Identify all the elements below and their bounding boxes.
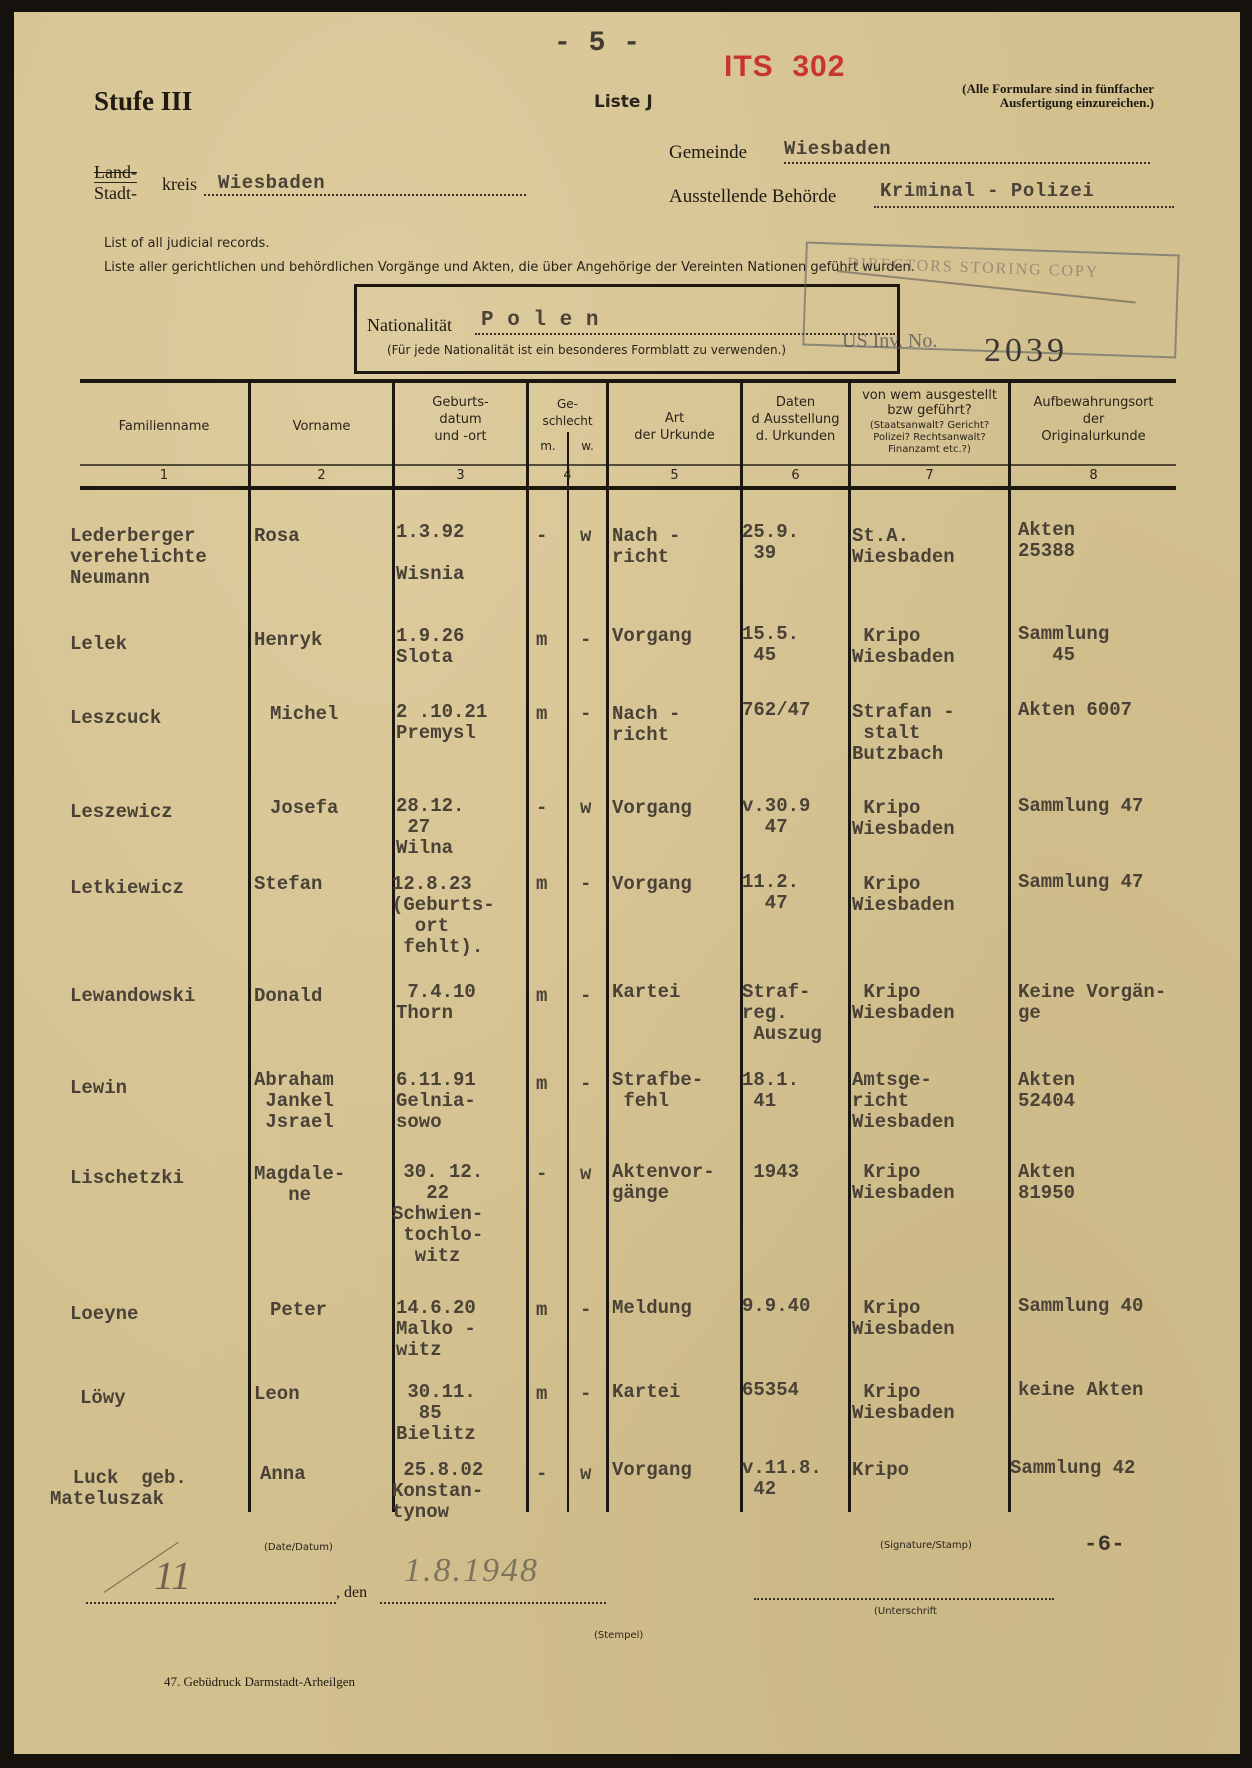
cell-vorname: Josefa	[270, 798, 338, 819]
cell-art: Nach - richt	[612, 704, 680, 746]
cell-vorname: Peter	[270, 1300, 327, 1321]
cell-ort: Akten 52404	[1018, 1070, 1075, 1112]
submission-note: (Alle Formulare sind in fünffacher Ausfe…	[894, 82, 1154, 110]
note-line-2: Ausfertigung einzureichen.)	[894, 96, 1154, 110]
header-vorname: Vorname	[251, 418, 392, 435]
cell-m: m	[536, 874, 547, 895]
cell-art: Vorgang	[612, 626, 692, 647]
colnum-5: 5	[609, 468, 740, 483]
behoerde-field: Kriminal - Polizei	[874, 180, 1174, 208]
cell-w: -	[580, 1074, 591, 1095]
cell-geburt: 6.11.91 Gelnia- sowo	[396, 1070, 476, 1133]
cell-ort: Sammlung 45	[1018, 624, 1109, 666]
cell-daten: v.30.9 47	[742, 796, 810, 838]
colnum-3: 3	[395, 468, 526, 483]
nationality-note: (Für jede Nationalität ist ein besondere…	[387, 343, 786, 357]
inv-number: 2039	[984, 332, 1068, 370]
header-von-wem: von wem ausgestellt bzw geführt?	[851, 388, 1008, 418]
cell-m: m	[536, 704, 547, 725]
header-geburt: Geburts- datum und -ort	[395, 394, 526, 445]
cell-m: -	[536, 526, 547, 547]
signature-field-line	[754, 1596, 1054, 1600]
cell-daten: 18.1. 41	[742, 1070, 799, 1112]
cell-daten: 25.9. 39	[742, 522, 799, 564]
cell-vorname: Abraham Jankel Jsrael	[254, 1070, 334, 1133]
cell-vorname: Leon	[254, 1384, 300, 1405]
cell-ort: Akten 25388	[1018, 520, 1075, 562]
cell-vorname: Anna	[260, 1464, 306, 1485]
cell-geburt: 7.4.10 Thorn	[396, 982, 476, 1024]
header-m: m.	[529, 438, 567, 455]
cell-familienname: Lewandowski	[70, 986, 195, 1007]
header-mid-rule	[80, 464, 1176, 466]
cell-vorname: Donald	[254, 986, 322, 1007]
cell-familienname: Luck geb. Mateluszak	[50, 1468, 187, 1510]
gemeinde-label: Gemeinde	[669, 142, 747, 164]
cell-von-wem: Kripo	[852, 1460, 909, 1481]
english-title: List of all judicial records.	[104, 236, 269, 251]
cell-w: -	[580, 704, 591, 725]
printer-imprint: 47. Gebüdruck Darmstadt-Arheilgen	[164, 1674, 355, 1690]
cell-von-wem: Kripo Wiesbaden	[852, 798, 955, 840]
behoerde-value: Kriminal - Polizei	[874, 180, 1094, 202]
cell-art: Kartei	[612, 982, 680, 1003]
colnum-7: 7	[851, 468, 1008, 483]
cell-w: w	[580, 798, 591, 819]
cell-geburt: 25.8.02 Konstan- tynow	[392, 1460, 483, 1523]
cell-daten: 11.2. 47	[742, 872, 799, 914]
next-page-marker: -6-	[1084, 1532, 1125, 1557]
header-aufbewahrung: Aufbewahrungsort der Originalurkunde	[1011, 394, 1176, 445]
gemeinde-value: Wiesbaden	[784, 138, 891, 160]
inv-label: US Inv. No.	[842, 330, 937, 353]
cell-geburt: 30.11. 85 Bielitz	[396, 1382, 476, 1445]
nationality-label: Nationalität	[367, 315, 452, 336]
land-label: Land-	[94, 162, 137, 183]
header-geschlecht: Ge- schlecht	[529, 396, 606, 430]
cell-w: w	[580, 1164, 591, 1185]
cell-daten: v.11.8. 42	[742, 1458, 822, 1500]
cell-geburt: 1.3.92 Wisnia	[396, 522, 464, 585]
header-bottom-rule	[80, 486, 1176, 490]
stadt-label: Stadt-	[94, 183, 137, 203]
cell-vorname: Michel	[270, 704, 338, 725]
colnum-6: 6	[743, 468, 848, 483]
cell-daten: 762/47	[742, 700, 810, 721]
cell-art: Strafbe- fehl	[612, 1070, 703, 1112]
cell-ort: Keine Vorgän- ge	[1018, 982, 1166, 1024]
cell-geburt: 28.12. 27 Wilna	[396, 796, 464, 859]
cell-von-wem: Kripo Wiesbaden	[852, 626, 955, 668]
cell-ort: keine Akten	[1018, 1380, 1143, 1401]
cell-m: m	[536, 1074, 547, 1095]
cell-ort: Sammlung 47	[1018, 872, 1143, 893]
colnum-1: 1	[80, 468, 248, 483]
cell-vorname: Magdale- ne	[254, 1164, 345, 1206]
cell-daten: 15.5. 45	[742, 624, 799, 666]
colnum-2: 2	[251, 468, 392, 483]
col-divider-1	[248, 382, 251, 1512]
cell-familienname: Löwy	[80, 1388, 126, 1409]
colnum-8: 8	[1011, 468, 1176, 483]
cell-art: Nach - richt	[612, 526, 680, 568]
cell-vorname: Rosa	[254, 526, 300, 547]
stufe-label: Stufe III	[94, 86, 192, 117]
nationality-value: P o l e n	[475, 309, 599, 332]
cell-geburt: 1.9.26 Slota	[396, 626, 464, 668]
page-number-top: - 5 -	[554, 28, 641, 59]
col-divider-7	[1008, 382, 1011, 1512]
cell-geburt: 30. 12. 22 Schwien- tochlo- witz	[392, 1162, 483, 1267]
behoerde-label: Ausstellende Behörde	[669, 186, 836, 208]
cell-familienname: Loeyne	[70, 1304, 138, 1325]
cell-familienname: Lischetzki	[70, 1168, 184, 1189]
header-w: w.	[569, 438, 606, 455]
header-familienname: Familienname	[80, 418, 248, 435]
cell-w: -	[580, 1384, 591, 1405]
cell-m: m	[536, 1300, 547, 1321]
handwritten-date: 1.8.1948	[404, 1552, 539, 1590]
cell-vorname: Stefan	[254, 874, 322, 895]
document-page: - 5 - ITS 302 Stufe III Liste J (Alle Fo…	[14, 12, 1240, 1754]
cell-von-wem: Kripo Wiesbaden	[852, 1382, 955, 1424]
stempel-caption: (Stempel)	[594, 1630, 643, 1641]
place-field-line	[86, 1600, 336, 1604]
cell-vorname: Henryk	[254, 630, 322, 651]
german-title: Liste aller gerichtlichen und behördlich…	[104, 260, 915, 275]
cell-art: Vorgang	[612, 798, 692, 819]
cell-ort: Akten 6007	[1018, 700, 1132, 721]
header-von-wem-note: (Staatsanwalt? Gericht? Polizei? Rechtsa…	[851, 420, 1008, 456]
unterschrift-caption: (Unterschrift	[874, 1606, 937, 1617]
cell-familienname: Lederberger verehelichte Neumann	[70, 526, 207, 589]
cell-daten: 65354	[742, 1380, 799, 1401]
cell-von-wem: Strafan - stalt Butzbach	[852, 702, 955, 765]
date-field-line	[380, 1600, 606, 1604]
cell-m: -	[536, 798, 547, 819]
cell-w: w	[580, 1464, 591, 1485]
col-divider-3	[526, 382, 529, 1512]
cell-familienname: Lewin	[70, 1078, 127, 1099]
header-daten: Daten d Ausstellung d. Urkunden	[743, 394, 848, 445]
handwritten-place: 11	[154, 1552, 191, 1599]
cell-w: -	[580, 874, 591, 895]
date-caption: (Date/Datum)	[264, 1542, 333, 1553]
cell-geburt: 14.6.20 Malko - witz	[396, 1298, 476, 1361]
header-art: Art der Urkunde	[609, 410, 740, 444]
cell-m: -	[536, 1464, 547, 1485]
cell-familienname: Leszcuck	[70, 708, 161, 729]
cell-daten: 9.9.40	[742, 1296, 810, 1317]
den-label: , den	[336, 1584, 367, 1602]
cell-familienname: Leszewicz	[70, 802, 173, 823]
cell-w: -	[580, 986, 591, 1007]
cell-art: Meldung	[612, 1298, 692, 1319]
table-top-rule	[80, 379, 1176, 383]
cell-von-wem: Kripo Wiesbaden	[852, 982, 955, 1024]
kreis-value: Wiesbaden	[204, 172, 325, 194]
cell-ort: Sammlung 47	[1018, 796, 1143, 817]
cell-geburt: 2 .10.21 Premysl	[396, 702, 487, 744]
col-divider-6	[848, 382, 851, 1512]
cell-m: m	[536, 630, 547, 651]
gemeinde-field: Wiesbaden	[784, 138, 1150, 164]
col-divider-4	[606, 382, 609, 1512]
cell-art: Vorgang	[612, 874, 692, 895]
cell-w: -	[580, 630, 591, 651]
cell-von-wem: Amtsge- richt Wiesbaden	[852, 1070, 955, 1133]
kreis-field: Wiesbaden	[204, 172, 526, 196]
cell-art: Kartei	[612, 1382, 680, 1403]
cell-ort: Sammlung 40	[1018, 1296, 1143, 1317]
cell-ort: Sammlung 42	[1010, 1458, 1135, 1479]
cell-von-wem: Kripo Wiesbaden	[852, 1162, 955, 1204]
cell-art: Aktenvor- gänge	[612, 1162, 715, 1204]
kreis-type-label: Land- Stadt-	[94, 162, 137, 203]
cell-ort: Akten 81950	[1018, 1162, 1075, 1204]
cell-familienname: Letkiewicz	[70, 878, 184, 899]
signature-caption: (Signature/Stamp)	[880, 1540, 972, 1551]
cell-von-wem: Kripo Wiesbaden	[852, 1298, 955, 1340]
cell-geburt: 12.8.23 (Geburts- ort fehlt).	[392, 874, 495, 958]
cell-m: -	[536, 1164, 547, 1185]
note-line-1: (Alle Formulare sind in fünffacher	[894, 82, 1154, 96]
cell-daten: 1943	[742, 1162, 799, 1183]
cell-art: Vorgang	[612, 1460, 692, 1481]
colnum-4: 4	[529, 468, 606, 483]
cell-daten: Straf- reg. Auszug	[742, 982, 822, 1045]
cell-m: m	[536, 986, 547, 1007]
cell-m: m	[536, 1384, 547, 1405]
cell-familienname: Lelek	[70, 634, 127, 655]
cell-von-wem: Kripo Wiesbaden	[852, 874, 955, 916]
stamp-faded-text: DIRECTORS STORING COPY	[847, 255, 1100, 282]
cell-w: -	[580, 1300, 591, 1321]
its-stamp: ITS 302	[724, 50, 845, 84]
cell-von-wem: St.A. Wiesbaden	[852, 526, 955, 568]
liste-label: Liste J	[594, 92, 653, 112]
col-divider-4-mw	[567, 432, 569, 1512]
kreis-label: kreis	[162, 174, 197, 195]
cell-w: w	[580, 526, 591, 547]
